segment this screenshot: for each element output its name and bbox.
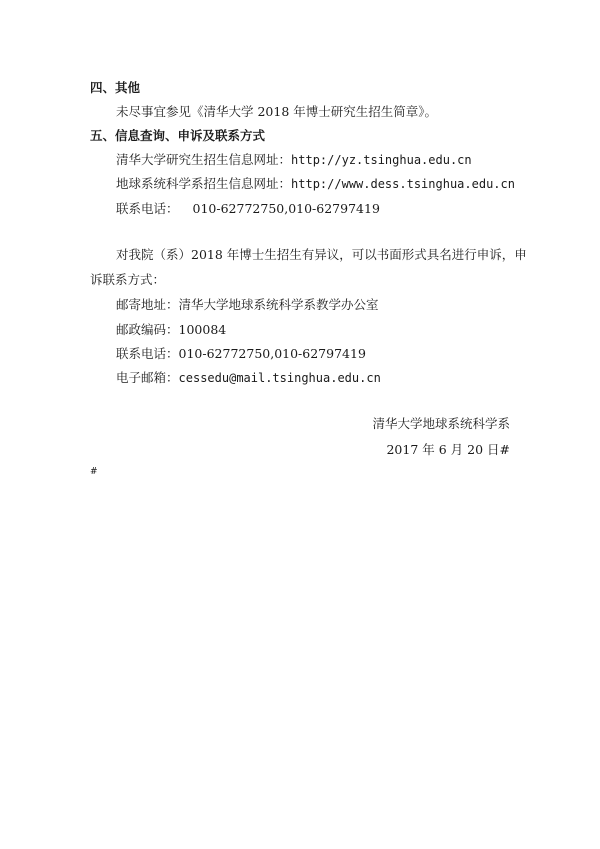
complaint-paragraph-line2: 诉联系方式： — [90, 272, 165, 288]
grad-url-link[interactable]: http://yz.tsinghua.edu.cn — [291, 153, 472, 167]
dept-url-label: 地球系统科学系招生信息网址： — [116, 176, 291, 191]
postal-row: 邮政编码：100084 — [116, 322, 226, 338]
signature-date: 2017 年 6 月 20 日# — [386, 442, 510, 458]
complaint-phone-label: 联系电话： — [116, 346, 179, 361]
email-link[interactable]: cessedu@mail.tsinghua.edu.cn — [179, 371, 381, 385]
mail-label: 邮寄地址： — [116, 297, 179, 312]
complaint-phone-value: 010-62772750,010-62797419 — [179, 346, 366, 361]
phone-label: 联系电话： — [116, 201, 179, 216]
mail-row: 邮寄地址：清华大学地球系统科学系教学办公室 — [116, 297, 379, 313]
section-5-heading: 五、信息查询、申诉及联系方式 — [90, 128, 265, 144]
phone-value: 010-62772750,010-62797419 — [193, 201, 380, 216]
signature-org: 清华大学地球系统科学系 — [372, 416, 510, 432]
dept-url-row: 地球系统科学系招生信息网址：http://www.dess.tsinghua.e… — [116, 176, 515, 192]
mail-value: 清华大学地球系统科学系教学办公室 — [179, 297, 379, 312]
postal-value: 100084 — [179, 322, 227, 337]
grad-url-row: 清华大学研究生招生信息网址：http://yz.tsinghua.edu.cn — [116, 152, 472, 168]
email-row: 电子邮箱：cessedu@mail.tsinghua.edu.cn — [116, 370, 381, 386]
complaint-phone-row: 联系电话：010-62772750,010-62797419 — [116, 346, 366, 362]
postal-label: 邮政编码： — [116, 322, 179, 337]
complaint-paragraph-line1: 对我院（系）2018 年博士生招生有异议，可以书面形式具名进行申诉，申 — [116, 247, 527, 263]
section-4-heading: 四、其他 — [90, 80, 140, 96]
phone-row: 联系电话：010-62772750,010-62797419 — [116, 201, 380, 217]
email-label: 电子邮箱： — [116, 370, 179, 385]
dept-url-link[interactable]: http://www.dess.tsinghua.edu.cn — [291, 177, 515, 191]
grad-url-label: 清华大学研究生招生信息网址： — [116, 152, 291, 167]
trailing-mark: # — [90, 464, 98, 480]
section-4-text: 未尽事宜参见《清华大学 2018 年博士研究生招生简章》。 — [116, 104, 437, 120]
